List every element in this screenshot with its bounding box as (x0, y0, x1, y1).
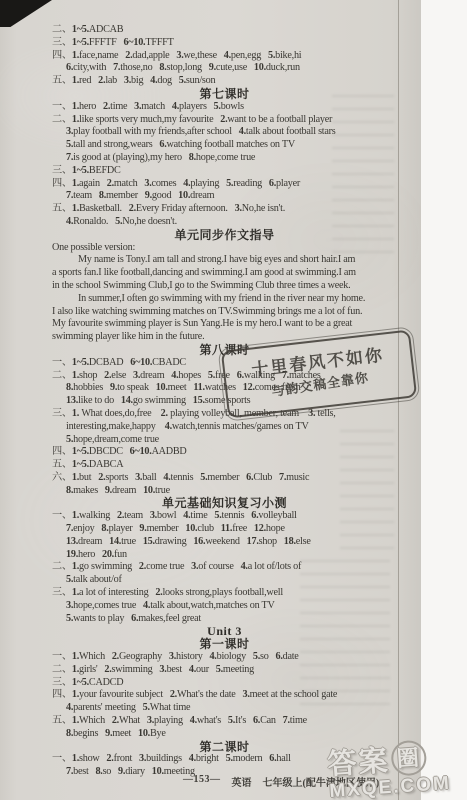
answer-line: 三、1~5.FFFTF 6~10.TFFFT (52, 37, 397, 50)
answer-line: 5.hope,dream,come true (52, 434, 397, 447)
answer-line: 四、1.your favourite subject 2.What's the … (52, 689, 397, 702)
answer-line: 二、1.girls' 2.swimming 3.best 4.our 5.mee… (52, 664, 397, 677)
answer-line: 三、1~5.CADCD (52, 677, 397, 690)
section-heading: 单元同步作文指导 (52, 229, 397, 242)
answer-line: 六、1.but 2.sports 3.ball 4.tennis 5.membe… (52, 472, 397, 485)
answer-line: 五、1~5.DABCA (52, 459, 397, 472)
answer-line: 四、1.again 2.match 3.comes 4.playing 5.re… (52, 178, 397, 191)
answer-line: 一、1.Which 2.Geography 3.history 4.biolog… (52, 651, 397, 664)
answer-line: 3.hope,comes true 4.talk about,watch,mat… (52, 600, 397, 613)
section-heading: 第一课时 (52, 638, 397, 651)
page-edge-line (398, 0, 399, 800)
answer-line: 三、1.a lot of interesting 2.looks strong,… (52, 587, 397, 600)
footer-subject: 英语 (232, 774, 252, 789)
answer-line: 二、1.go swimming 2.come true 3.of course … (52, 561, 397, 574)
answer-line: 6.city,with 7.those,no 8.stop,long 9.cut… (52, 62, 397, 75)
answer-line: 二、1.like sports very much,my favourite 2… (52, 114, 397, 127)
answer-line: 四、1.face,name 2.dad,apple 3.we,these 4.p… (52, 50, 397, 63)
answer-line: 13.dream 14.true 15.drawing 16.weekend 1… (52, 536, 397, 549)
answer-line: My favourite swimming player is Sun Yang… (52, 318, 397, 331)
answer-line: 一、1.hero 2.time 3.match 4.players 5.bowl… (52, 101, 397, 114)
answer-line: 5.tall and strong,wears 6.watching footb… (52, 139, 397, 152)
answer-line: 一、1.walking 2.team 3.bowl 4.time 5.tenni… (52, 510, 397, 523)
answer-line: 3.play football with my friends,after sc… (52, 126, 397, 139)
answer-line: 7.is good at (playing),my hero 8.hope,co… (52, 152, 397, 165)
answer-line: 4.parents' meeting 5.What time (52, 702, 397, 715)
answer-line: 二、1~5.ADCAB (52, 24, 397, 37)
answer-line: a sports fan.I like football,dancing and… (52, 267, 397, 280)
answer-line: 19.hero 20.fun (52, 549, 397, 562)
answer-line: 5.talk about/of (52, 574, 397, 587)
answer-line: 7.enjoy 8.player 9.member 10.club 11.fre… (52, 523, 397, 536)
answer-line: 4.Ronaldo. 5.No,he doesn't. (52, 216, 397, 229)
answerquan-watermark: 答案圈 MXQE.COM (326, 734, 452, 800)
answer-line: 四、1~5.DBCDC 6~10.AADBD (52, 446, 397, 459)
answer-line: One possible version: (52, 242, 397, 255)
watermark-brand-text: 答案 (327, 745, 391, 781)
answer-line: In summer,I often go swimming with my fr… (52, 293, 397, 306)
answer-line: 五、1.Which 2.What 3.playing 4.what's 5.It… (52, 715, 397, 728)
watermark-circled-char: 圈 (390, 739, 427, 776)
answer-line: My name is Tony.I am tall and strong.I h… (52, 254, 397, 267)
answer-line: 8.begins 9.meet 10.Bye (52, 728, 397, 741)
answer-line: interesting,make,happy 4.watch,tennis ma… (52, 421, 397, 434)
answer-line: I also like watching swimming matches on… (52, 306, 397, 319)
answer-line: 五、1.Basketball. 2.Every Friday afternoon… (52, 203, 397, 216)
answer-line: 三、1~5.BEFDC (52, 165, 397, 178)
section-heading: 单元基础知识复习小测 (52, 497, 397, 510)
page-number: —153— (183, 774, 221, 789)
answer-line: in the school Swimming Club,I go to the … (52, 280, 397, 293)
answer-line: 7.team 8.member 9.good 10.dream (52, 190, 397, 203)
scanned-answer-page: 二、1~5.ADCAB三、1~5.FFFTF 6~10.TFFFT四、1.fac… (0, 0, 467, 800)
section-heading: 第七课时 (52, 88, 397, 101)
answer-line: 三、1. What does,do,free 2. playing volley… (52, 408, 397, 421)
